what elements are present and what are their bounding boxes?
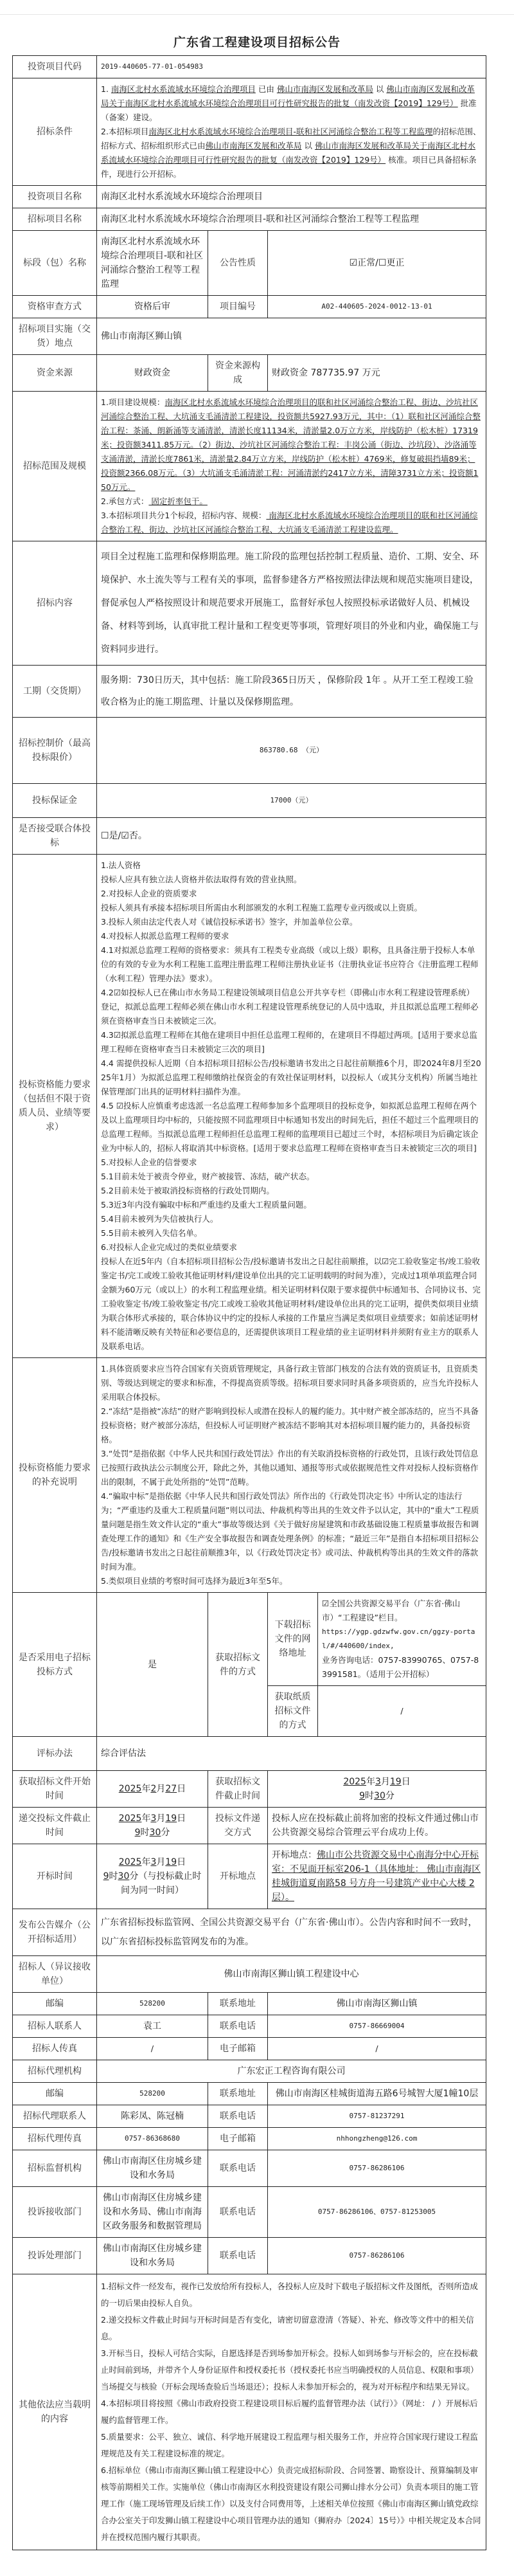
- text: 南海区北村水系流域水环境综合治理项目: [111, 84, 256, 94]
- list-item: 5.类似项目业绩的考察时间可选择为最近3年至5年。: [101, 1574, 482, 1588]
- platform-text: ☑全国公共资源交易平台（广东省·佛山市）“工程建设”栏目。: [322, 1597, 482, 1625]
- list-item: 3.“处罚”是指依据《中华人民共和国行政处罚法》作出的有关取消投标资格的行政处罚…: [101, 1447, 482, 1489]
- content-value: 项目全过程施工监理和保修期监理。施工阶段的监理包括控制工程质量、造价、工期、安全…: [97, 541, 486, 666]
- label: 公告性质: [208, 231, 268, 296]
- list-item: 4.“骗取中标”是指依据《中华人民共和国行政处罚法》所作出的《行政处罚决定书》中…: [101, 1489, 482, 1574]
- list-item: 3.开标当日，投标人可结合实际，自愿选择是否到场参加开标会。投标人如到场参与开标…: [101, 2345, 482, 2395]
- row-investment-code: 投资项目代码 2019-440605-77-01-054983: [13, 56, 486, 78]
- list-item: 4.2☑如投标人已在佛山市水务局工程建设领域项目信息公开共享专栏（即佛山市水利工…: [101, 986, 482, 1028]
- label: 投诉处理部门: [13, 2238, 97, 2274]
- label: 电子邮箱: [208, 2038, 268, 2060]
- row-complaint-handle: 投诉处理部门 佛山市南海区住房城乡建设和水务局 联系电话 0757-862861…: [13, 2238, 486, 2274]
- notice-nature-checkbox: ☑正常/☐更正: [268, 231, 486, 296]
- text: 2.本招标项目: [101, 127, 148, 136]
- list-item: 5.4目前未被列为失信被执行人。: [101, 1212, 482, 1226]
- supervisor-value: 佛山市南海区住房城乡建设和水务局: [97, 2150, 208, 2187]
- text: 19: [165, 1813, 177, 1824]
- label: 联系电话: [208, 2238, 268, 2274]
- location-value: 佛山市南海区狮山镇: [97, 318, 486, 355]
- list-item: 6.招标单位（佛山市南海区狮山镇工程建设中心）负责完成招标阶段、合同签署、勘察设…: [101, 2462, 482, 2546]
- row-section: 标段（包）名称 南海区北村水系流域水环境综合治理项目-联和社区河涌综合整治工程等…: [13, 231, 486, 296]
- tenderer-phone: 0757-86669004: [268, 2015, 486, 2038]
- row-funding: 资金来源 财政资金 资金来源构成 财政资金 787735.97 万元: [13, 355, 486, 392]
- list-item: 5.2目前未处于被取消投标资格的行政处罚期内。: [101, 1184, 482, 1198]
- agency-zip: 528200: [97, 2083, 208, 2105]
- row-content: 招标内容 项目全过程施工监理和保修期监理。施工阶段的监理包括控制工程质量、造价、…: [13, 541, 486, 666]
- tenderer-fax: /: [97, 2038, 208, 2060]
- row-tenderer-fax: 招标人传真 / 电子邮箱 /: [13, 2038, 486, 2060]
- consult-phone: 业务咨询电话：0757-83990765、0757-83991581。（适用于公…: [322, 1653, 482, 1682]
- page-title: 广东省工程建设项目招标公告: [0, 15, 514, 55]
- label: 招标代理联系人: [13, 2105, 97, 2128]
- row-consortium: 是否接受联合体投标 ☐是/☑否。: [13, 818, 486, 855]
- label: 招标范围及规模: [13, 392, 97, 541]
- text: 19: [165, 1857, 177, 1867]
- opening-time: 2025年3月19日9时30分（与投标截止时间为同一时间）: [97, 1844, 208, 1909]
- list-item: 5.对投标人企业的信誉要求: [101, 1156, 482, 1170]
- list-item: 2.对投标人企业的资质要求: [101, 887, 482, 901]
- text: 9: [135, 1828, 141, 1838]
- duration-value: 服务期：730日历天，其中包括：施工阶段365日历天 ，保修阶段 1年 。从开工…: [97, 666, 486, 718]
- label: 标段（包）名称: [13, 231, 97, 296]
- label: 下载招标文件的网络地址: [268, 1593, 318, 1686]
- text: 已由: [256, 84, 277, 94]
- text: 3: [375, 1777, 381, 1787]
- row-tenderer: 招标人（异议接收单位） 佛山市南海区狮山镇工程建设中心: [13, 1956, 486, 1993]
- text: 固定折率包干。: [148, 496, 207, 506]
- text: 30: [374, 1791, 385, 1801]
- label: 招标人（异议接收单位）: [13, 1956, 97, 1993]
- eligibility-list: 1.法人资格 投标人应具有独立法人资格并依法取得有效的营业执照。 2.对投标人企…: [97, 855, 486, 1358]
- label: 招标内容: [13, 541, 97, 666]
- label: 投资项目名称: [13, 186, 97, 208]
- label: 投资项目代码: [13, 56, 97, 78]
- text: 佛山市南海区发展和改革局: [277, 84, 373, 94]
- text: 2025: [119, 1784, 142, 1794]
- row-evaluation: 评标办法 综合评估法: [13, 1737, 486, 1771]
- label: 招标项目名称: [13, 208, 97, 231]
- submit-deadline: 2025年3月19日9时30分: [97, 1808, 208, 1844]
- text: 1.项目建设规模：: [101, 397, 164, 407]
- row-location: 招标项目实施（交货）地点 佛山市南海区狮山镇: [13, 318, 486, 355]
- section-value: 南海区北村水系流域水环境综合治理项目-联和社区河涌综合整治工程等工程监理: [97, 231, 208, 296]
- list-item: 1.具体资质要求应当符合国家有关资质管理规定，具备行政主管部门核发的合法有效的资…: [101, 1362, 482, 1404]
- label: 资格审查方式: [13, 296, 97, 318]
- list-item: 3.投标人须由法定代表人对《诚信投标承诺书》签字，并加盖单位公章。: [101, 915, 482, 929]
- funding-composition-value: 财政资金 787735.97 万元: [268, 355, 486, 392]
- label: 招标人传真: [13, 2038, 97, 2060]
- list-item: 5.1目前未处于被责令停业，财产被接管、冻结，破产状态。: [101, 1170, 482, 1184]
- tenderer-email: /: [268, 2038, 486, 2060]
- tenderer-zip: 528200: [97, 1993, 208, 2015]
- tenderer-contact: 袁工: [97, 2015, 208, 2038]
- text: 19: [390, 1777, 402, 1787]
- row-control-price: 招标控制价（最高投标限价） 863780.68 （元）: [13, 718, 486, 784]
- label: 工期（交货期）: [13, 666, 97, 718]
- agency-email[interactable]: nhhongzheng@126.com: [268, 2128, 486, 2150]
- row-submit: 递交投标文件截止时间 2025年3月19日9时30分 投标文件递交方式 投标人应…: [13, 1808, 486, 1844]
- label: 联系电话: [208, 2015, 268, 2038]
- row-agency-contact: 招标代理联系人 陈彩凤、陈冠楠 联系电话 0757-81237291: [13, 2105, 486, 2128]
- text: 3.本招标项目共分1个标段，招标内容、规模：: [101, 511, 266, 520]
- label: 投诉接收部门: [13, 2187, 97, 2238]
- top-divider: [0, 0, 514, 15]
- row-supervisor: 招标监督机构 佛山市南海区住房城乡建设和水务局 联系电话 0757-862861…: [13, 2150, 486, 2187]
- text: 27: [165, 1784, 177, 1794]
- opening-place-value: 开标地点：佛山市公共资源交易中心南海分中心开标室：不见面开标室206-1（具体地…: [268, 1844, 486, 1909]
- row-tender-name: 招标项目名称 南海区北村水系流域水环境综合治理项目-联和社区河涌综合整治工程等工…: [13, 208, 486, 231]
- agency-contact: 陈彩凤、陈冠楠: [97, 2105, 208, 2128]
- list-item: 4.5 ☑投标人应慎重考虑选派一名总监理工程师参加多个监理项目的投标竞争，如拟派…: [101, 1099, 482, 1156]
- investment-name-value: 南海区北村水系流域水环境综合治理项目: [97, 186, 486, 208]
- text: 9: [103, 1871, 109, 1882]
- text: 南海区北村水系流域水环境综合治理项目的联和社区河涌综合整治工程、街边、沙坑社区河…: [101, 397, 481, 492]
- label: 招标人联系人: [13, 2015, 97, 2038]
- row-conditions: 招标条件 1. 南海区北村水系流域水环境综合治理项目 已由 佛山市南海区发展和改…: [13, 78, 486, 186]
- text: 南海区北村水系流域水环境综合治理项目-联和社区河涌综合整治工程等工程监理: [148, 127, 432, 136]
- agency-value: 广东宏正工程咨询有限公司: [97, 2060, 486, 2083]
- row-complaint-receive: 投诉接收部门 佛山市南海区住房城乡建设和水务局、佛山市南海区政务服务和数据管理局…: [13, 2187, 486, 2238]
- row-investment-name: 投资项目名称 南海区北村水系流域水环境综合治理项目: [13, 186, 486, 208]
- row-electronic: 是否采用电子招标投标方式 是 获取招标文件的方式 下载招标文件的网络地址 ☑全国…: [13, 1593, 486, 1686]
- list-item: 4.对投标人拟派总监理工程师的要求: [101, 929, 482, 943]
- funding-value: 财政资金: [97, 355, 208, 392]
- evaluation-value: 综合评估法: [97, 1737, 486, 1771]
- agency-address: 佛山市南海区桂城街道海五路6号城智大厦1幢10层: [268, 2083, 486, 2105]
- complaint-receive-value: 佛山市南海区住房城乡建设和水务局、佛山市南海区政务服务和数据管理局: [97, 2187, 208, 2238]
- text: 3: [150, 1857, 156, 1867]
- label: 获取纸质招标文件的方式: [268, 1686, 318, 1737]
- agency-phone: 0757-81237291: [268, 2105, 486, 2128]
- label: 联系电话: [208, 2105, 268, 2128]
- submit-method-value: 投标人应在投标截止前将加密的投标文件通过佛山市公共资源交易综合管理云平台成功上传…: [268, 1808, 486, 1844]
- label: 获取招标文件开始时间: [13, 1771, 97, 1808]
- media-value: 广东省招标投标监管网、全国公共资源交易平台（广东省·佛山市）。公告内容和时间不一…: [97, 1909, 486, 1956]
- text: 30: [118, 1871, 130, 1882]
- obtain-start-date: 2025年2月27日: [97, 1771, 208, 1808]
- row-agency-fax: 招标代理传真 0757-86368680 电子邮箱 nhhongzheng@12…: [13, 2128, 486, 2150]
- list-item: 1.招标文件一经发布，视作已发放给所有投标人，各投标人应及时下载电子版招标文件及…: [101, 2278, 482, 2312]
- text: 3: [150, 1813, 156, 1824]
- label: 获取招标文件截止时间: [208, 1771, 268, 1808]
- text: 佛山市南海区发展和改革局: [206, 141, 302, 150]
- label: 联系电话: [208, 2187, 268, 2238]
- investment-code-value: 2019-440605-77-01-054983: [97, 56, 486, 78]
- list-item: 4.本招标项目将按照《佛山市政府投资工程建设项目标后履约监督管理办法（试行）》（…: [101, 2395, 482, 2429]
- obtain-end-date: 2025年3月19日9时30分: [268, 1771, 486, 1808]
- label: 招标项目实施（交货）地点: [13, 318, 97, 355]
- conditions-value: 1. 南海区北村水系流域水环境综合治理项目 已由 佛山市南海区发展和改革局 以 …: [97, 78, 486, 186]
- label: 联系地址: [208, 2083, 268, 2105]
- eligibility-notes-list: 1.具体资质要求应当符合国家有关资质管理规定，具备行政主管部门核发的合法有效的资…: [97, 1358, 486, 1593]
- label: 评标办法: [13, 1737, 97, 1771]
- text: 2025: [119, 1813, 142, 1824]
- row-opening: 开标时间 2025年3月19日9时30分（与投标截止时间为同一时间） 开标地点 …: [13, 1844, 486, 1909]
- bid-bond-value: 17000（元）: [97, 784, 486, 818]
- control-price-value: 863780.68 （元）: [97, 718, 486, 784]
- download-info: ☑全国公共资源交易平台（广东省·佛山市）“工程建设”栏目。 https://yg…: [318, 1593, 486, 1686]
- text: 2025: [343, 1777, 366, 1787]
- list-item: 4.3☑拟派总监理工程师在其他在建项目中担任总监理工程师的，在建项目不得超过两项…: [101, 1028, 482, 1057]
- notice-table: 投资项目代码 2019-440605-77-01-054983 招标条件 1. …: [12, 55, 486, 2550]
- label: 项目编号: [208, 296, 268, 318]
- row-other: 其他依法应当载明的内容 1.招标文件一经发布，视作已发放给所有投标人，各投标人应…: [13, 2274, 486, 2550]
- row-tenderer-contact: 招标人联系人 袁工 联系电话 0757-86669004: [13, 2015, 486, 2038]
- label: 联系地址: [208, 1993, 268, 2015]
- label: 资金来源: [13, 355, 97, 392]
- complaint-handle-phone: 0757-86286106: [268, 2238, 486, 2274]
- label: 邮编: [13, 1993, 97, 2015]
- other-list: 1.招标文件一经发布，视作已发放给所有投标人，各投标人应及时下载电子版招标文件及…: [97, 2274, 486, 2550]
- row-obtain-time: 获取招标文件开始时间 2025年2月27日 获取招标文件截止时间 2025年3月…: [13, 1771, 486, 1808]
- agency-fax: 0757-86368680: [97, 2128, 208, 2150]
- text: 2: [150, 1784, 156, 1794]
- list-item: 投标人应具有独立法人资格并依法取得有效的营业执照。: [101, 873, 482, 887]
- row-bid-bond: 投标保证金 17000（元）: [13, 784, 486, 818]
- supervisor-phone: 0757-86286106: [268, 2150, 486, 2187]
- label: 开标地点: [208, 1844, 268, 1909]
- text: 以: [302, 141, 315, 150]
- list-item: 5.质量要求：公平、独立、诚信、科学地开展建设工程监理与相关服务工作，并应符合国…: [101, 2429, 482, 2462]
- label: 招标监督机构: [13, 2150, 97, 2187]
- label: 联系电话: [208, 2150, 268, 2187]
- label: 递交投标文件截止时间: [13, 1808, 97, 1844]
- label: 其他依法应当载明的内容: [13, 2274, 97, 2550]
- list-item: 2.递交投标文件截止时间与开标时间是否有变化，请密切留意澄清（答疑）、补充、修改…: [101, 2312, 482, 2345]
- label: 投标资格能力要求（包括但不限于资质人员、业绩等要求）: [13, 855, 97, 1358]
- row-media: 发布公告媒介（公开招标适用） 广东省招标投标监管网、全国公共资源交易平台（广东省…: [13, 1909, 486, 1956]
- label: 招标条件: [13, 78, 97, 186]
- label: 投标资格能力要求的补充说明: [13, 1358, 97, 1593]
- label: 电子邮箱: [208, 2128, 268, 2150]
- row-tenderer-zip: 邮编 528200 联系地址 佛山市南海区狮山镇: [13, 1993, 486, 2015]
- label: 投标文件递交方式: [208, 1808, 268, 1844]
- tender-name-value: 南海区北村水系流域水环境综合治理项目-联和社区河涌综合整治工程等工程监理: [97, 208, 486, 231]
- project-code-value: A02-440605-2024-0012-13-01: [268, 296, 486, 318]
- list-item: 4.4 需提供投标人近期（自本招标项目招标公告/投标邀请书发出之日起往前顺推6个…: [101, 1057, 482, 1099]
- row-duration: 工期（交货期） 服务期：730日历天，其中包括：施工阶段365日历天 ，保修阶段…: [13, 666, 486, 718]
- qualification-value: 资格后审: [97, 296, 208, 318]
- text: 9: [359, 1791, 365, 1801]
- complaint-receive-phone: 0757-86286106、0757-81253005: [268, 2187, 486, 2238]
- scope-value: 1.项目建设规模：南海区北村水系流域水环境综合治理项目的联和社区河涌综合整治工程…: [97, 392, 486, 541]
- row-eligibility-notes: 投标资格能力要求的补充说明 1.具体资质要求应当符合国家有关资质管理规定，具备行…: [13, 1358, 486, 1593]
- text: 开标地点：: [272, 1850, 317, 1860]
- paper-value: /: [318, 1686, 486, 1737]
- list-item: 6.对投标人企业完成过的类似业绩要求: [101, 1240, 482, 1255]
- text: 30: [150, 1828, 161, 1838]
- label: 投标保证金: [13, 784, 97, 818]
- text: 1.: [101, 84, 111, 94]
- text: 2.承包方式：: [101, 496, 148, 506]
- row-scope: 招标范围及规模 1.项目建设规模：南海区北村水系流域水环境综合治理项目的联和社区…: [13, 392, 486, 541]
- label: 是否接受联合体投标: [13, 818, 97, 855]
- bottom-spacer: [0, 2550, 514, 2576]
- label: 是否采用电子招标投标方式: [13, 1593, 97, 1737]
- label: 招标代理机构: [13, 2060, 97, 2083]
- list-item: 5.3近3年内没有骗取中标和严重违约及重大工程质量问题。: [101, 1198, 482, 1212]
- list-item: 1.法人资格: [101, 858, 482, 873]
- list-item: 4.1对拟派总监理工程师的资格要求：须具有工程类专业高级（或以上级）职称，且具备…: [101, 943, 482, 986]
- row-qualification: 资格审查方式 资格后审 项目编号 A02-440605-2024-0012-13…: [13, 296, 486, 318]
- list-item: 投标人须具有承接本招标项目所需由水利部颁发的水利工程施工监理专业丙级或以上资质。: [101, 901, 482, 915]
- download-link[interactable]: https://ygp.gdzwfw.gov.cn/ggzy-portal/#/…: [322, 1625, 482, 1653]
- list-item: 2.“冻结”是指被“冻结”的财产影响到投标人或潜在投标人的履约能力。其中财产被全…: [101, 1404, 482, 1447]
- row-agency: 招标代理机构 广东宏正工程咨询有限公司: [13, 2060, 486, 2083]
- text: 以: [373, 84, 386, 94]
- electronic-value: 是: [97, 1593, 208, 1737]
- label: 获取招标文件的方式: [208, 1593, 268, 1737]
- row-eligibility: 投标资格能力要求（包括但不限于资质人员、业绩等要求） 1.法人资格 投标人应具有…: [13, 855, 486, 1358]
- text: （与投标截止时间为同一时间）: [121, 1871, 201, 1896]
- row-agency-zip: 邮编 528200 联系地址 佛山市南海区桂城街道海五路6号城智大厦1幢10层: [13, 2083, 486, 2105]
- tenderer-value: 佛山市南海区狮山镇工程建设中心: [97, 1956, 486, 1993]
- list-item: 投标人在近5年内（自本招标项目招标公告/投标邀请书发出之日起往前顺推，以☑完工验…: [101, 1255, 482, 1354]
- label: 资金来源构成: [208, 355, 268, 392]
- complaint-handle-value: 佛山市南海区住房城乡建设和水务局: [97, 2238, 208, 2274]
- list-item: 5.5目前未被列入失信名单。: [101, 1226, 482, 1240]
- label: 发布公告媒介（公开招标适用）: [13, 1909, 97, 1956]
- label: 邮编: [13, 2083, 97, 2105]
- label: 开标时间: [13, 1844, 97, 1909]
- consortium-checkbox: ☐是/☑否。: [97, 818, 486, 855]
- text: 2025: [119, 1857, 142, 1867]
- tenderer-address: 佛山市南海区狮山镇: [268, 1993, 486, 2015]
- label: 招标控制价（最高投标限价）: [13, 718, 97, 784]
- label: 招标代理传真: [13, 2128, 97, 2150]
